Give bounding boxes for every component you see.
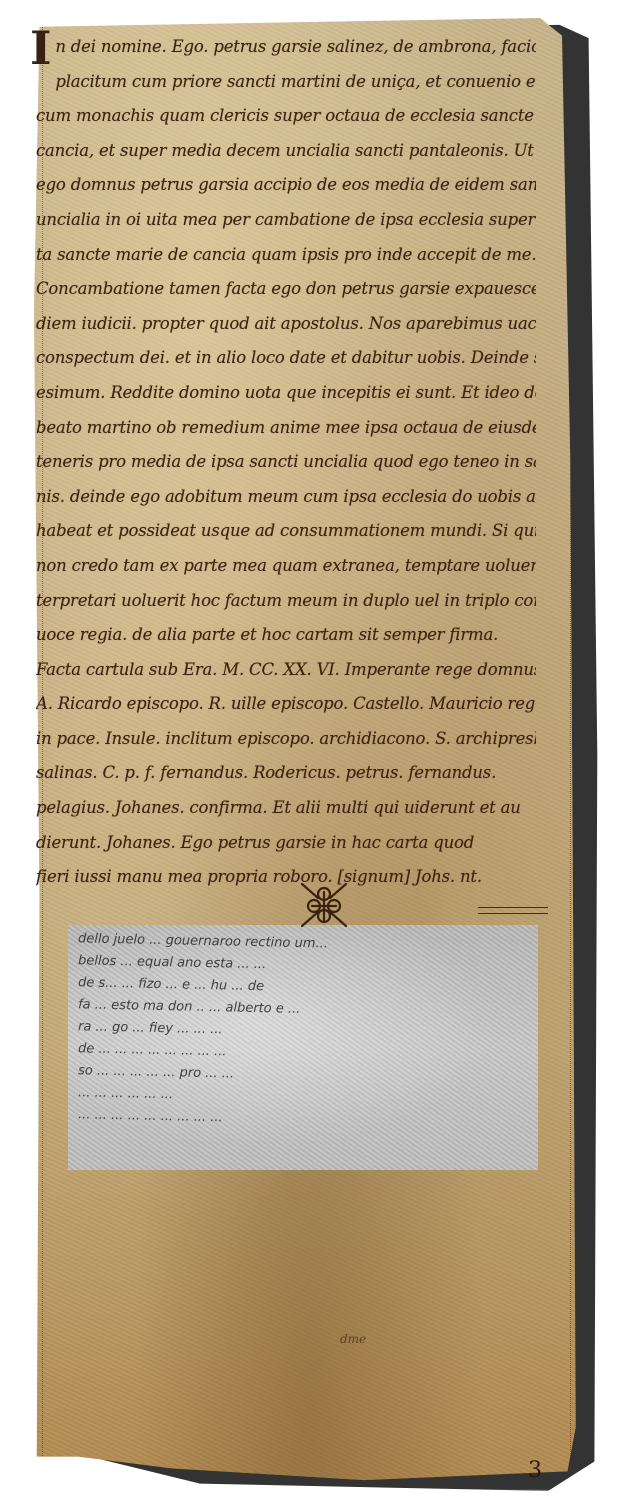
text-line: esimum. Reddite domino uota que incepiti… — [36, 376, 536, 411]
text-line: Concambatione tamen facta ego don petrus… — [36, 272, 536, 307]
folio-number: 3 — [528, 1458, 542, 1483]
text-line: habeat et possideat usque ad consummatio… — [36, 514, 536, 549]
text-line: uncialia in oi uita mea per cambatione d… — [36, 203, 536, 238]
text-line: ta sancte marie de cancia quam ipsis pro… — [36, 238, 536, 273]
text-line: uoce regia. de alia parte et hoc cartam … — [36, 618, 536, 653]
text-line: salinas. C. p. f. fernandus. Rodericus. … — [36, 756, 536, 791]
text-line: dierunt. Johanes. Ego petrus garsie in h… — [36, 826, 536, 861]
double-rule — [478, 907, 548, 914]
text-line: nis. deinde ego adobitum meum cum ipsa e… — [36, 480, 536, 515]
text-line: cum monachis quam clericis super octaua … — [36, 99, 536, 134]
text-line: Facta cartula sub Era. M. CC. XX. VI. Im… — [36, 653, 536, 688]
text-line: diem iudicii. propter quod ait apostolus… — [36, 307, 536, 342]
text-line: non credo tam ex parte mea quam extranea… — [36, 549, 536, 584]
text-line: cancia, et super media decem uncialia sa… — [36, 134, 536, 169]
text-line: ego domnus petrus garsia accipio de eos … — [36, 168, 536, 203]
text-line: placitum cum priore sancti martini de un… — [55, 65, 536, 100]
text-line: teneris pro media de ipsa sancti unciali… — [36, 445, 536, 480]
text-line: n dei nomine. Ego. petrus garsie salinez… — [55, 30, 536, 65]
text-line: in pace. Insule. inclitum episcopo. arch… — [36, 722, 536, 757]
text-line: A. Ricardo episcopo. R. uille episcopo. … — [36, 687, 536, 722]
text-line: beato martino ob remedium anime mee ipsa… — [36, 411, 536, 446]
text-line: pelagius. Johanes. confirma. Et alii mul… — [36, 791, 536, 826]
charter-text: I n dei nomine. Ego. petrus garsie salin… — [36, 30, 536, 895]
text-line: fieri iussi manu mea propria roboro. [si… — [36, 860, 536, 895]
later-inscription-panel: dello juelo ... gouernaroo rectino um...… — [68, 925, 538, 1170]
cross-signum-icon — [296, 876, 352, 932]
text-line: terpretari uoluerit hoc factum meum in d… — [36, 584, 536, 619]
decorated-initial: I — [30, 28, 51, 68]
bottom-annotation: dme — [340, 1332, 366, 1346]
text-line: conspectum dei. et in alio loco date et … — [36, 341, 536, 376]
